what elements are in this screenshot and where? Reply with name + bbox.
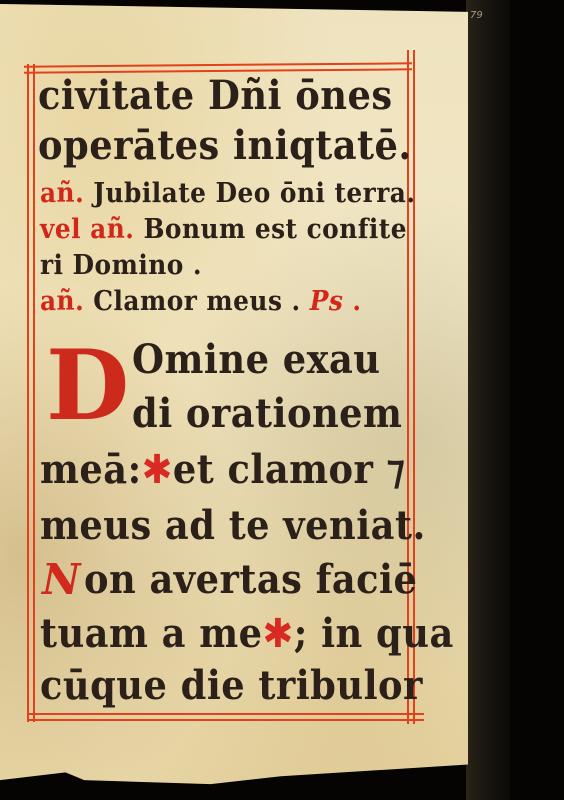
text-line-12: tuam a me✱; in qua xyxy=(40,610,454,658)
rubric-vel-antiphon-label: vel añ. xyxy=(40,214,134,245)
rubric-antiphon-label: añ. xyxy=(40,178,84,209)
line-text: tuam a me xyxy=(40,610,262,657)
text-line-9: meā:✱et clamor ⁊ xyxy=(40,446,405,494)
line-text: di orationem xyxy=(132,390,402,437)
line-text: civitate Dñi ōnes xyxy=(38,72,393,119)
folio-number: 79 xyxy=(470,10,483,21)
text-line-7: Omine exau xyxy=(132,336,381,384)
line-text: Clamor meus . xyxy=(93,286,300,317)
line-text: meus ad te veniat. xyxy=(40,502,426,549)
red-initial-n: N xyxy=(42,556,80,604)
line-text: cūque die tribulor xyxy=(40,662,423,709)
line-text: ; in qua xyxy=(294,610,454,657)
text-line-11: on avertas faciē xyxy=(84,556,417,604)
text-line-13: cūque die tribulor xyxy=(40,662,423,710)
red-asterisk-icon: ✱ xyxy=(142,447,173,493)
text-line-3: añ. Jubilate Deo ōni terra. xyxy=(40,178,415,210)
text-line-1: civitate Dñi ōnes xyxy=(38,72,393,120)
line-text: et clamor ⁊ xyxy=(173,446,406,493)
line-text: meā: xyxy=(40,446,142,493)
rule-bottom-inner xyxy=(28,713,424,715)
rule-bottom-outer xyxy=(28,719,424,721)
rule-left-outer xyxy=(27,64,29,722)
illuminated-initial-d: D xyxy=(46,338,129,434)
line-text: operātes iniqtatē. xyxy=(38,122,412,169)
rubric-psalm-label: Ps xyxy=(310,286,344,317)
text-line-6: añ. Clamor meus . Ps . xyxy=(40,286,362,318)
red-asterisk-icon: ✱ xyxy=(262,611,293,657)
page-edge-shadow xyxy=(466,0,510,800)
line-text: on avertas faciē xyxy=(84,556,417,603)
text-line-2: operātes iniqtatē. xyxy=(38,122,412,170)
rubric-punct: . xyxy=(343,286,361,317)
line-text: Omine exau xyxy=(132,336,381,383)
line-text: Jubilate Deo ōni terra. xyxy=(93,178,415,209)
rule-left-inner xyxy=(33,64,35,722)
line-text: ri Domino . xyxy=(40,250,202,281)
rubric-antiphon-label: añ. xyxy=(40,286,84,317)
text-line-4: vel añ. Bonum est confite xyxy=(40,214,407,246)
text-line-8: di orationem xyxy=(132,390,402,438)
text-line-10: meus ad te veniat. xyxy=(40,502,426,550)
line-text: Bonum est confite xyxy=(143,214,407,245)
text-line-5: ri Domino . xyxy=(40,250,202,282)
